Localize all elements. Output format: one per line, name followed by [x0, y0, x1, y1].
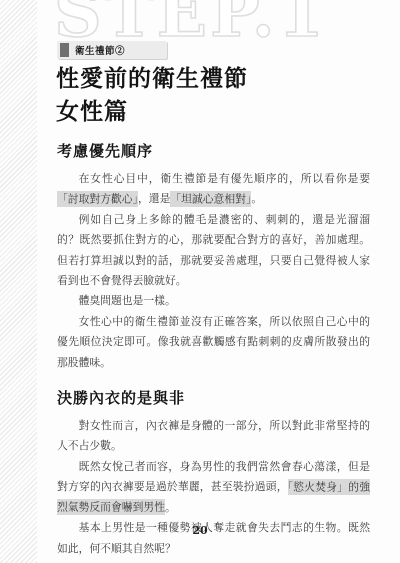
- title-line-1: 性愛前的衛生禮節: [56, 62, 248, 95]
- book-page: STEP.1 衛生禮節② 性愛前的衛生禮節 女性篇 考慮優先順序在女性心目中，衛…: [0, 0, 400, 563]
- text-segment: 。: [165, 501, 176, 514]
- step-watermark: STEP.1: [54, 0, 327, 46]
- title-line-2: 女性篇: [56, 95, 248, 128]
- text-segment: ，還是: [138, 192, 170, 205]
- section-heading: 決勝內衣的是與非: [57, 389, 370, 408]
- text-segment: 女性心中的衛生禮節並沒有正確答案，所以依照自己心中的優先順位決定即可。像我就喜歡…: [57, 315, 370, 369]
- paragraph: 在女性心目中，衛生禮節是有優先順序的，所以看你是要「討取對方歡心」，還是「坦誠心…: [57, 169, 370, 210]
- tag-bar-icon: [60, 43, 69, 57]
- paragraph: 例如自己身上多餘的體毛是濃密的、刺刺的，還是光溜溜的？既然要抓住對方的心，那就要…: [57, 210, 370, 292]
- text-segment: 。: [251, 192, 262, 205]
- text-segment: 在女性心目中，衛生禮節是有優先順序的，所以看你是要: [79, 172, 370, 185]
- page-number: 20: [0, 524, 400, 537]
- paragraph: 體臭問題也是一樣。: [57, 291, 370, 311]
- highlighted-phrase: 「討取對方歡心」: [57, 191, 138, 207]
- text-segment: 對女性而言，內衣褲是身體的一部分，所以對此非常堅持的人不占少數。: [57, 419, 370, 452]
- page-edge-hatch: [0, 0, 37, 563]
- section-tag: 衛生禮節②: [57, 41, 167, 59]
- content: 考慮優先順序在女性心目中，衛生禮節是有優先順序的，所以看你是要「討取對方歡心」，…: [57, 142, 370, 559]
- paragraph: 女性心中的衛生禮節並沒有正確答案，所以依照自己心中的優先順位決定即可。像我就喜歡…: [57, 312, 370, 373]
- section-heading: 考慮優先順序: [57, 142, 370, 161]
- tag-label: 衛生禮節②: [75, 43, 125, 57]
- text-segment: 例如自己身上多餘的體毛是濃密的、刺刺的，還是光溜溜的？既然要抓住對方的心，那就要…: [57, 213, 370, 287]
- text-segment: 體臭問題也是一樣。: [79, 294, 176, 307]
- paragraph: 對女性而言，內衣褲是身體的一部分，所以對此非常堅持的人不占少數。: [57, 416, 370, 457]
- paragraph: 既然女悅己者而容，身為男性的我們當然會春心蕩漾，但是對方穿的內衣褲要是過於華麗，…: [57, 457, 370, 518]
- page-title: 性愛前的衛生禮節 女性篇: [56, 62, 248, 128]
- highlighted-phrase: 「坦誠心意相對」: [170, 191, 251, 207]
